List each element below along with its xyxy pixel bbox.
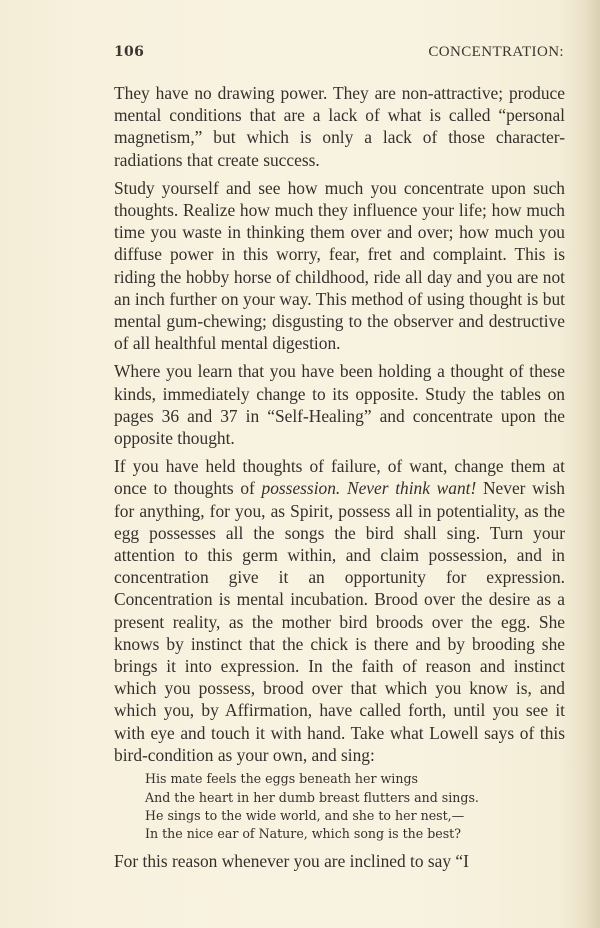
paragraph-4: If you have held thoughts of failure, of… [114,455,565,766]
emphasis-never-think-want: Never think want! [347,478,476,498]
paragraph-4-gap [340,478,347,498]
poem-line: And the heart in her dumb breast flutter… [145,789,565,807]
paragraph-4-end: Never wish for anything, for you, as Spi… [114,478,565,764]
running-head: 106 CONCENTRATION: [114,44,564,64]
body-text: They have no drawing power. They are non… [114,82,565,878]
paragraph-3: Where you learn that you have been holdi… [114,360,565,449]
page-number: 106 [114,44,144,60]
book-page: 106 CONCENTRATION: They have no drawing … [0,0,600,928]
poem-line: In the nice ear of Nature, which song is… [145,825,565,843]
paragraph-5: For this reason whenever you are incline… [114,850,565,872]
poem-line: His mate feels the eggs beneath her wing… [145,770,565,788]
running-title: CONCENTRATION: [428,44,564,61]
emphasis-possession: possession. [262,478,341,498]
paragraph-1: They have no drawing power. They are non… [114,82,565,171]
paragraph-2: Study yourself and see how much you conc… [114,177,565,355]
poem-line: He sings to the wide world, and she to h… [145,807,565,825]
poem-quote: His mate feels the eggs beneath her wing… [145,770,565,844]
